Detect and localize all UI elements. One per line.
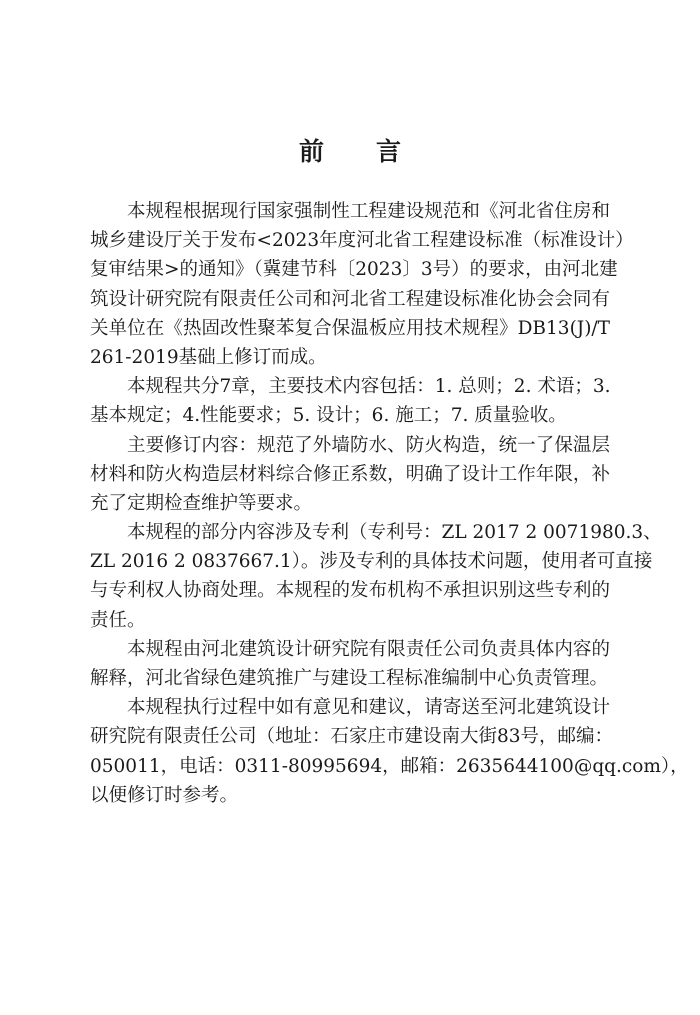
paragraph-patents: 本规程的部分内容涉及专利（专利号：ZL 2017 2 0071980.3、 ZL… [90, 518, 610, 635]
paragraph-revisions: 主要修订内容：规范了外墙防水、防火构造，统一了保温层 材料和防火构造层材料综合修… [90, 431, 610, 519]
text-line: 关单位在《热固改性聚苯复合保温板应用技术规程》DB13(J)/T [90, 314, 610, 343]
page-title: 前言 [0, 132, 700, 168]
text-line: 充了定期检查维护等要求。 [90, 489, 610, 518]
text-line: 本规程的部分内容涉及专利（专利号：ZL 2017 2 0071980.3、 [90, 518, 610, 547]
text-line: 以便修订时参考。 [90, 781, 610, 810]
text-line: 复审结果>的通知》（冀建节科〔2023〕3号）的要求，由河北建 [90, 255, 610, 284]
page-title-char-1: 前 [299, 132, 324, 168]
text-line: 城乡建设厅关于发布<2023年度河北省工程建设标准（标准设计） [90, 226, 610, 255]
text-line: 本规程由河北建筑设计研究院有限责任公司负责具体内容的 [90, 635, 610, 664]
paragraph-basis: 本规程根据现行国家强制性工程建设规范和《河北省住房和 城乡建设厅关于发布<202… [90, 197, 610, 372]
paragraph-contact: 本规程执行过程中如有意见和建议，请寄送至河北建筑设计 研究院有限责任公司（地址：… [90, 693, 610, 810]
text-line: 责任。 [90, 606, 610, 635]
text-line: 本规程根据现行国家强制性工程建设规范和《河北省住房和 [90, 197, 610, 226]
preface-body: 本规程根据现行国家强制性工程建设规范和《河北省住房和 城乡建设厅关于发布<202… [90, 197, 610, 810]
text-line: 261-2019基础上修订而成。 [90, 343, 610, 372]
paragraph-chapters: 本规程共分7章，主要技术内容包括：1. 总则；2. 术语；3. 基本规定；4.性… [90, 372, 610, 430]
text-line: ZL 2016 2 0837667.1）。涉及专利的具体技术问题，使用者可直接 [90, 547, 610, 576]
page-title-char-2: 言 [376, 132, 401, 168]
text-line: 主要修订内容：规范了外墙防水、防火构造，统一了保温层 [90, 431, 610, 460]
text-line: 本规程共分7章，主要技术内容包括：1. 总则；2. 术语；3. [90, 372, 610, 401]
text-line: 材料和防火构造层材料综合修正系数，明确了设计工作年限，补 [90, 460, 610, 489]
text-line: 基本规定；4.性能要求；5. 设计；6. 施工；7. 质量验收。 [90, 401, 610, 430]
text-line: 研究院有限责任公司（地址：石家庄市建设南大街83号，邮编： [90, 722, 610, 751]
text-line: 与专利权人协商处理。本规程的发布机构不承担识别这些专利的 [90, 576, 610, 605]
text-line: 本规程执行过程中如有意见和建议，请寄送至河北建筑设计 [90, 693, 610, 722]
paragraph-interpretation: 本规程由河北建筑设计研究院有限责任公司负责具体内容的 解释，河北省绿色建筑推广与… [90, 635, 610, 693]
text-line: 解释，河北省绿色建筑推广与建设工程标准编制中心负责管理。 [90, 664, 610, 693]
text-line: 筑设计研究院有限责任公司和河北省工程建设标准化协会会同有 [90, 285, 610, 314]
text-line: 050011，电话：0311-80995694，邮箱：2635644100@qq… [90, 752, 610, 781]
